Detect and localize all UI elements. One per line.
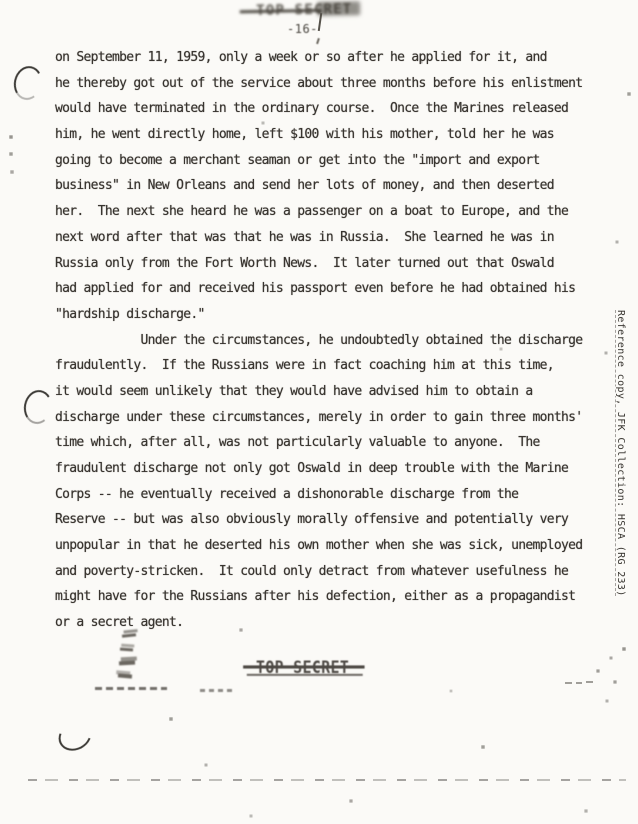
margin-hook-mark	[11, 63, 45, 102]
ink-smudge-line	[200, 689, 234, 692]
text-line: fraudulently. If the Russians were in fa…	[55, 353, 605, 379]
text-line: time which, after all, was not particula…	[55, 430, 605, 456]
text-line: might have for the Russians after his de…	[55, 584, 605, 610]
reference-annotation: Reference copy, JFK Collection: HSCA (RG…	[615, 310, 626, 597]
text-line: discharge under these circumstances, mer…	[55, 405, 605, 431]
text-line: business" in New Orleans and send her lo…	[55, 173, 605, 199]
ink-smudge-line	[95, 687, 167, 690]
scan-noise-line	[28, 779, 626, 781]
document-page: TOP SECRET -16- on September 11, 1959, o…	[0, 0, 638, 824]
stray-pen-mark	[316, 38, 319, 44]
ink-smudge	[119, 661, 135, 665]
text-line: him, he went directly home, left $100 wi…	[55, 122, 605, 148]
ink-smudge	[118, 673, 132, 678]
text-line: or a secret agent.	[55, 610, 605, 636]
text-line: had applied for and received his passpor…	[55, 276, 605, 302]
stamp-strikethrough-mark	[243, 665, 364, 668]
text-line: her. The next she heard he was a passeng…	[55, 199, 605, 225]
text-line: going to become a merchant seaman or get…	[55, 148, 605, 174]
text-line: on September 11, 1959, only a week or so…	[55, 45, 605, 71]
page-number: -16-	[287, 22, 318, 36]
stamp-underline-mark	[247, 674, 363, 676]
text-line: "hardship discharge."	[55, 302, 605, 328]
text-line: Corps -- he eventually received a dishon…	[55, 482, 605, 508]
text-line: Under the circumstances, he undoubtedly …	[55, 328, 605, 354]
text-line: Russia only from the Fort Worth News. It…	[55, 251, 605, 277]
top-secret-stamp-bottom: TOP SECRET	[256, 657, 349, 677]
text-line: he thereby got out of the service about …	[55, 71, 605, 97]
top-secret-stamp-top: TOP SECRET	[256, 1, 352, 19]
scan-noise-dash	[576, 682, 582, 684]
text-line: unpopular in that he deserted his own mo…	[55, 533, 605, 559]
text-line: Reserve -- but was also obviously morall…	[55, 507, 605, 533]
text-line: and poverty-stricken. It could only detr…	[55, 559, 605, 585]
scan-noise-dash	[565, 682, 572, 684]
text-line: next word after that was that he was in …	[55, 225, 605, 251]
text-line: it would seem unlikely that they would h…	[55, 379, 605, 405]
scan-noise-dash	[586, 681, 593, 683]
ink-smudge	[122, 633, 136, 637]
scan-noise-specks	[0, 0, 2, 2]
margin-hook-mark	[21, 388, 54, 426]
text-line: fraudulent discharge not only got Oswald…	[55, 456, 605, 482]
ink-blotch	[317, 1, 360, 16]
document-body: on September 11, 1959, only a week or so…	[55, 45, 605, 636]
text-line: would have terminated in the ordinary co…	[55, 96, 605, 122]
margin-hook-mark	[53, 716, 96, 757]
ink-smudge	[120, 648, 133, 652]
